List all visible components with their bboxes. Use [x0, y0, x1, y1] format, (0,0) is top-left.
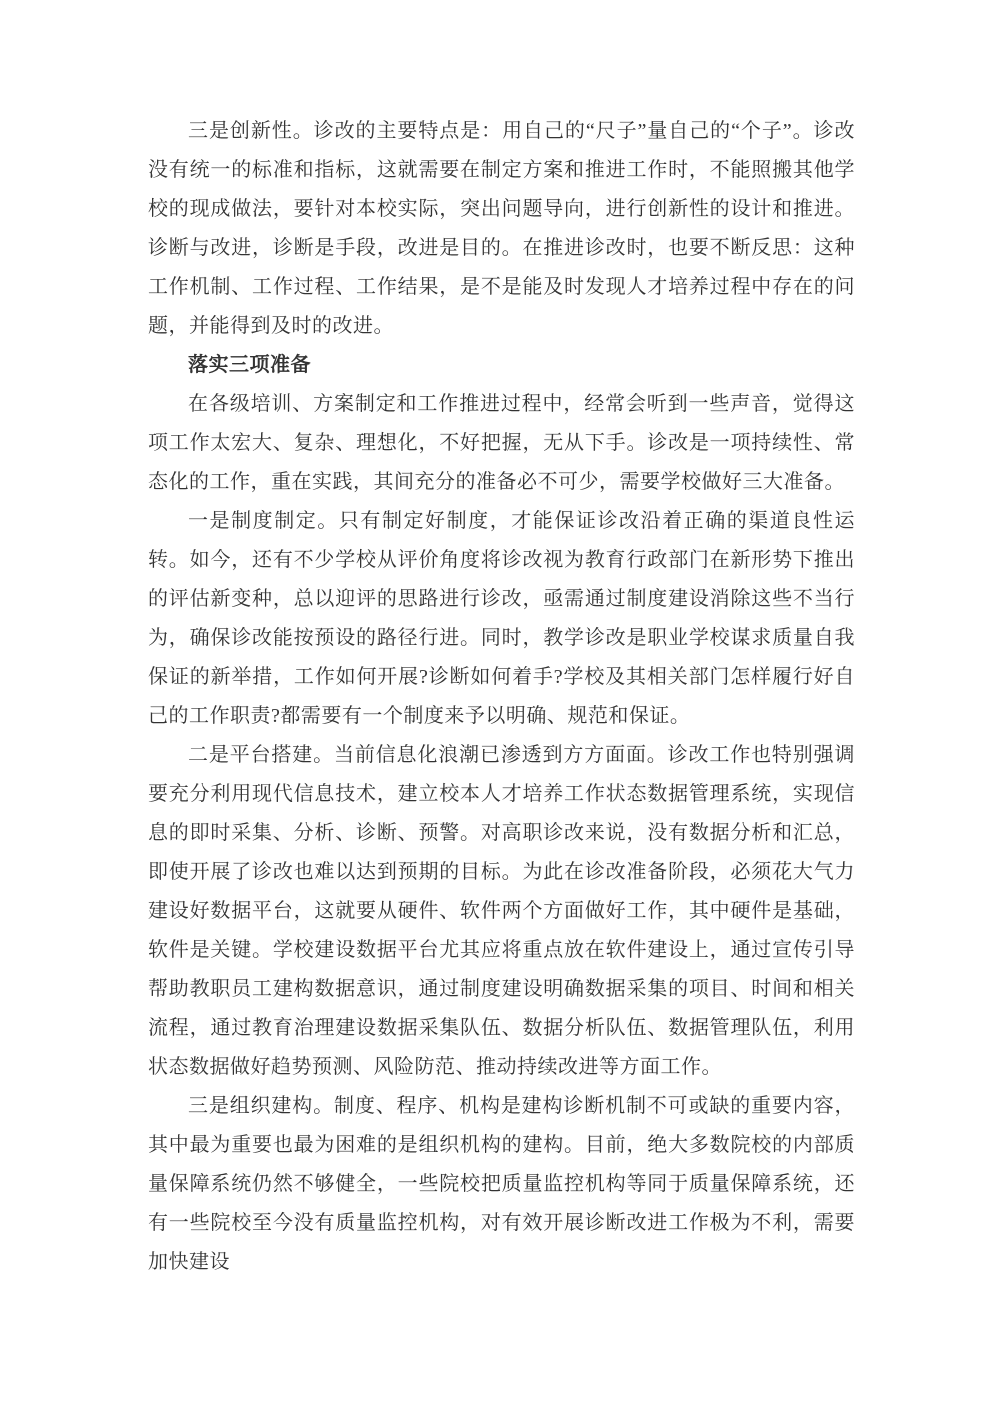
paragraph-platform-building: 二是平台搭建。当前信息化浪潮已渗透到方方面面。诊改工作也特别强调要充分利用现代信… [148, 736, 855, 1087]
paragraph-innovation: 三是创新性。诊改的主要特点是：用自己的“尺子”量自己的“个子”。诊改没有统一的标… [148, 112, 855, 346]
paragraph-organization-construction: 三是组织建构。制度、程序、机构是建构诊断机制不可或缺的重要内容，其中最为重要也最… [148, 1087, 855, 1282]
document-page: 三是创新性。诊改的主要特点是：用自己的“尺子”量自己的“个子”。诊改没有统一的标… [0, 0, 1000, 1414]
section-heading-three-preparations: 落实三项准备 [148, 346, 855, 385]
document-body: 三是创新性。诊改的主要特点是：用自己的“尺子”量自己的“个子”。诊改没有统一的标… [148, 112, 855, 1282]
paragraph-intro-preparations: 在各级培训、方案制定和工作推进过程中，经常会听到一些声音，觉得这项工作太宏大、复… [148, 385, 855, 502]
paragraph-system-formulation: 一是制度制定。只有制定好制度，才能保证诊改沿着正确的渠道良性运转。如今，还有不少… [148, 502, 855, 736]
